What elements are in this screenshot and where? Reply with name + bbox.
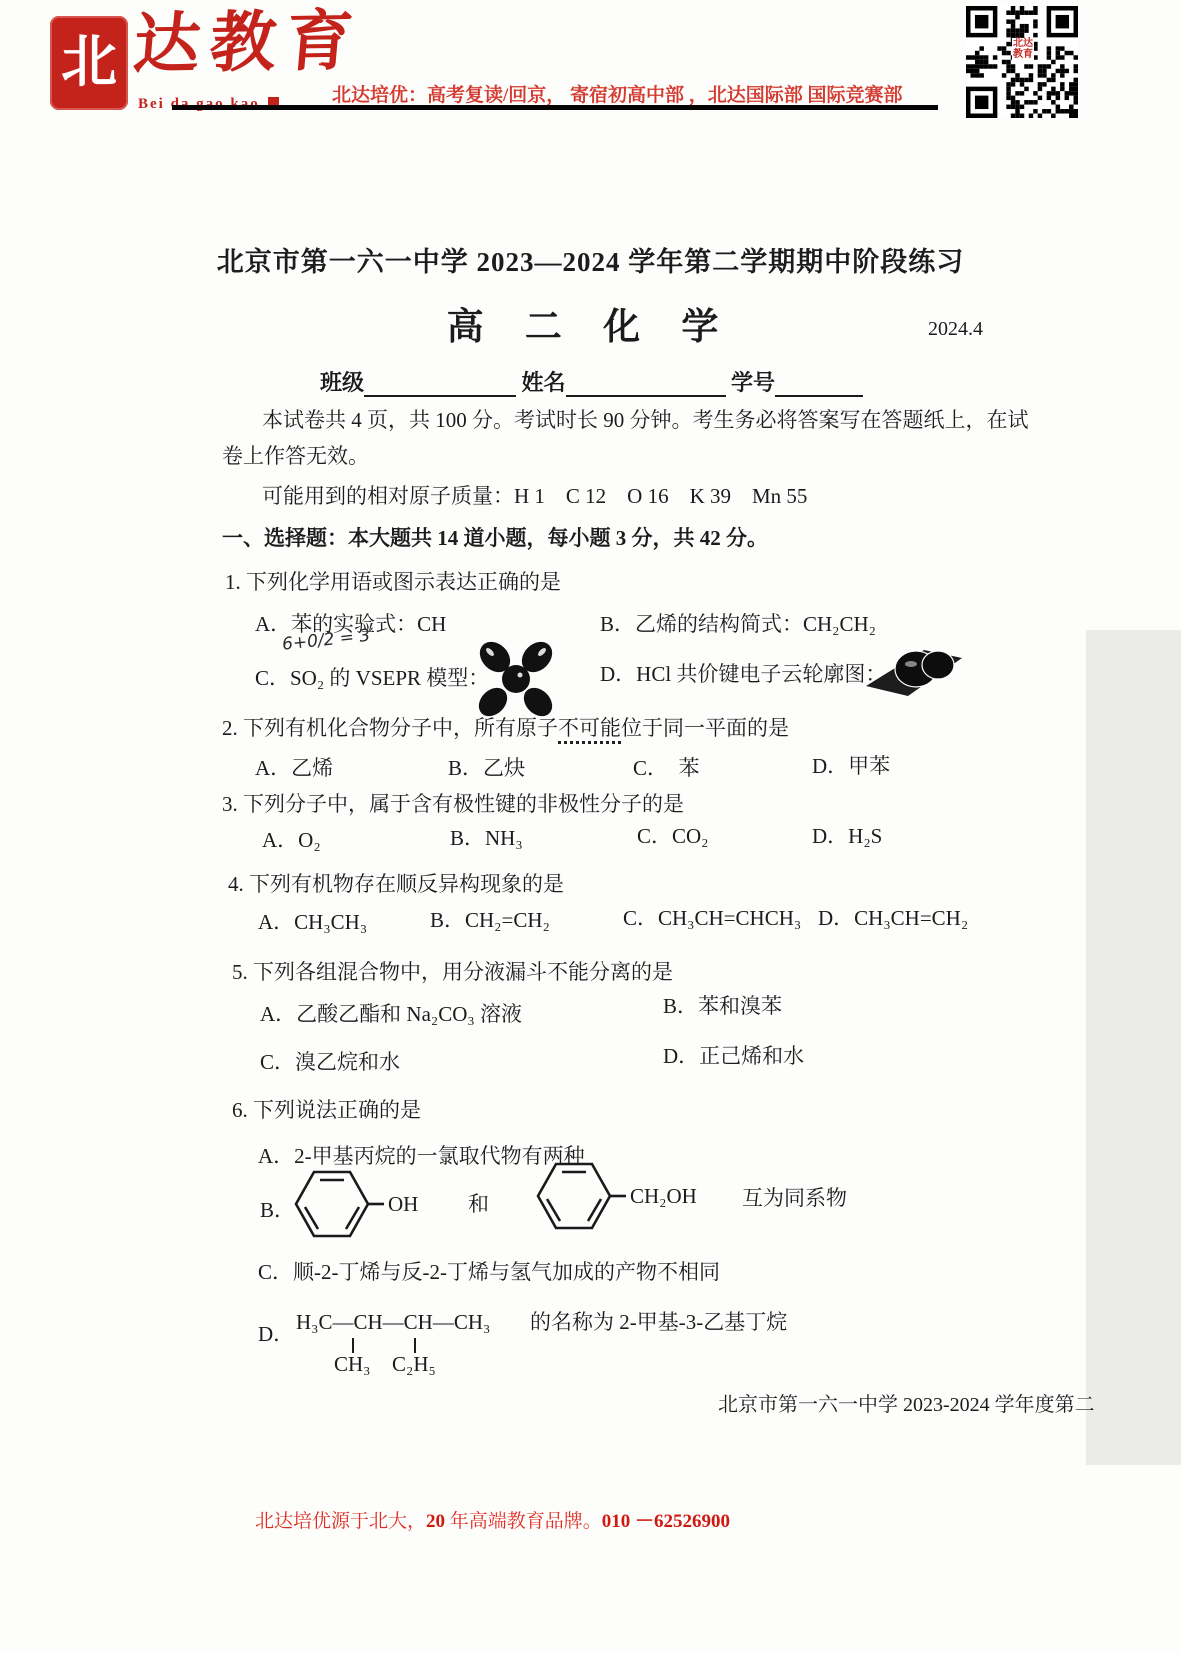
q2-emphasized-text: 不可能	[558, 716, 621, 744]
q5-option-b: B．苯和溴苯	[663, 990, 782, 1020]
q6-option-b-tail: 互为同系物	[742, 1182, 847, 1212]
exam-paper-page: 北 达教育 Bei da gao kao 北达培优：高考复读/回京， 寄宿初高中…	[0, 0, 1181, 1654]
q6-option-d-chain: H₃C—CH—CH—CH₃	[296, 1310, 490, 1335]
q6-option-b-group2: CH₂OH	[630, 1184, 697, 1209]
scan-edge-shadow	[1086, 630, 1181, 1465]
bond-line	[414, 1338, 416, 1353]
electron-cloud-image	[862, 638, 966, 698]
footer-phone: 010 －62526900	[602, 1511, 730, 1532]
q2-option-a: A．乙烯	[255, 752, 333, 782]
brand-seal-logo: 北	[50, 16, 128, 110]
benzene-ring-icon	[294, 1158, 386, 1250]
q1-option-d: D．HCl 共价键电子云轮廓图：	[600, 658, 886, 688]
footer-red-line: 北达培优源于北大，20 年高端教育品牌。010 －62526900	[255, 1506, 730, 1533]
bond-line	[352, 1338, 354, 1353]
class-label: 班级	[320, 370, 364, 395]
q3-stem: 3. 下列分子中，属于含有极性键的非极性分子的是	[222, 788, 684, 818]
q6-option-b-group1: OH	[388, 1192, 418, 1217]
q1-option-c: C．SO₂ 的 VSEPR 模型：	[255, 662, 489, 692]
q5-option-c: C．溴乙烷和水	[260, 1046, 400, 1076]
q4-option-a: A．CH₃CH₃	[258, 906, 367, 936]
q4-option-d: D．CH₃CH=CH₂	[818, 902, 968, 932]
benzene-ring-icon	[536, 1150, 628, 1242]
seal-character: 北	[61, 35, 117, 91]
q6-option-d-tail: 的名称为 2-甲基-3-乙基丁烷	[530, 1306, 787, 1336]
q6-option-b-and: 和	[468, 1188, 489, 1218]
vsepr-model-image	[476, 636, 556, 720]
page-footer-note: 北京市第一六一中学 2023-2024 学年度第二	[718, 1388, 1095, 1417]
q3-option-b: B．NH₃	[450, 822, 523, 852]
exam-title: 北京市第一六一中学 2023—2024 学年第二学期期中阶段练习	[0, 240, 1181, 279]
section1-heading: 一、选择题：本大题共 14 道小题，每小题 3 分，共 42 分。	[222, 522, 768, 552]
q5-stem: 5. 下列各组混合物中，用分液漏斗不能分离的是	[232, 956, 673, 986]
q6-option-c: C．顺-2-丁烯与反-2-丁烯与氢气加成的产物不相同	[258, 1256, 720, 1286]
id-blank	[775, 373, 863, 397]
id-label: 学号	[731, 370, 775, 395]
intro-line1: 本试卷共 4 页，共 100 分。考试时长 90 分钟。考生务必将答案写在答题纸…	[262, 404, 1029, 434]
exam-subject: 高 二 化 学	[0, 296, 1181, 350]
q3-option-a: A．O₂	[262, 824, 321, 854]
q2-option-b: B．乙炔	[448, 752, 525, 782]
q1-option-b: B．乙烯的结构简式：CH₂CH₂	[600, 608, 876, 638]
atomic-masses-line: 可能用到的相对原子质量：H 1 C 12 O 16 K 39 Mn 55	[262, 480, 807, 510]
class-blank	[364, 373, 516, 397]
qr-code	[966, 6, 1078, 118]
q4-option-c: C．CH₃CH=CHCH₃	[623, 902, 801, 932]
qr-center-label: 北达教育	[1012, 38, 1034, 60]
q4-stem: 4. 下列有机物存在顺反异构现象的是	[228, 868, 564, 898]
q6-option-d-sub1: CH₃	[334, 1352, 371, 1377]
q2-option-d: D．甲苯	[812, 750, 890, 780]
q5-option-d: D．正己烯和水	[663, 1040, 804, 1070]
q5-option-a: A．乙酸乙酯和 Na₂CO₃ 溶液	[260, 998, 522, 1028]
q2-stem: 2. 下列有机化合物分子中，所有原子不可能位于同一平面的是	[222, 712, 789, 742]
header-divider	[172, 105, 938, 110]
brand-script-logo: 达教育	[131, 6, 366, 83]
q6-option-d-label: D．	[258, 1318, 294, 1348]
name-blank	[566, 373, 726, 397]
q6-option-d-sub2: C₂H₅	[392, 1352, 436, 1377]
student-fields-row: 班级 姓名 学号	[320, 366, 863, 397]
q2-option-c: C． 苯	[633, 752, 700, 782]
q6-option-b-label: B．	[260, 1194, 295, 1224]
q6-stem: 6. 下列说法正确的是	[232, 1094, 421, 1124]
intro-line2: 卷上作答无效。	[222, 440, 369, 470]
q3-option-c: C．CO₂	[637, 820, 709, 850]
q1-stem: 1. 下列化学用语或图示表达正确的是	[225, 566, 561, 596]
q3-option-d: D．H₂S	[812, 820, 882, 850]
header-tagline: 北达培优：高考复读/回京， 寄宿初高中部 ，北达国际部 国际竞赛部	[332, 80, 903, 107]
name-label: 姓名	[522, 370, 566, 395]
exam-date: 2024.4	[928, 318, 983, 341]
q4-option-b: B．CH₂=CH₂	[430, 904, 550, 934]
